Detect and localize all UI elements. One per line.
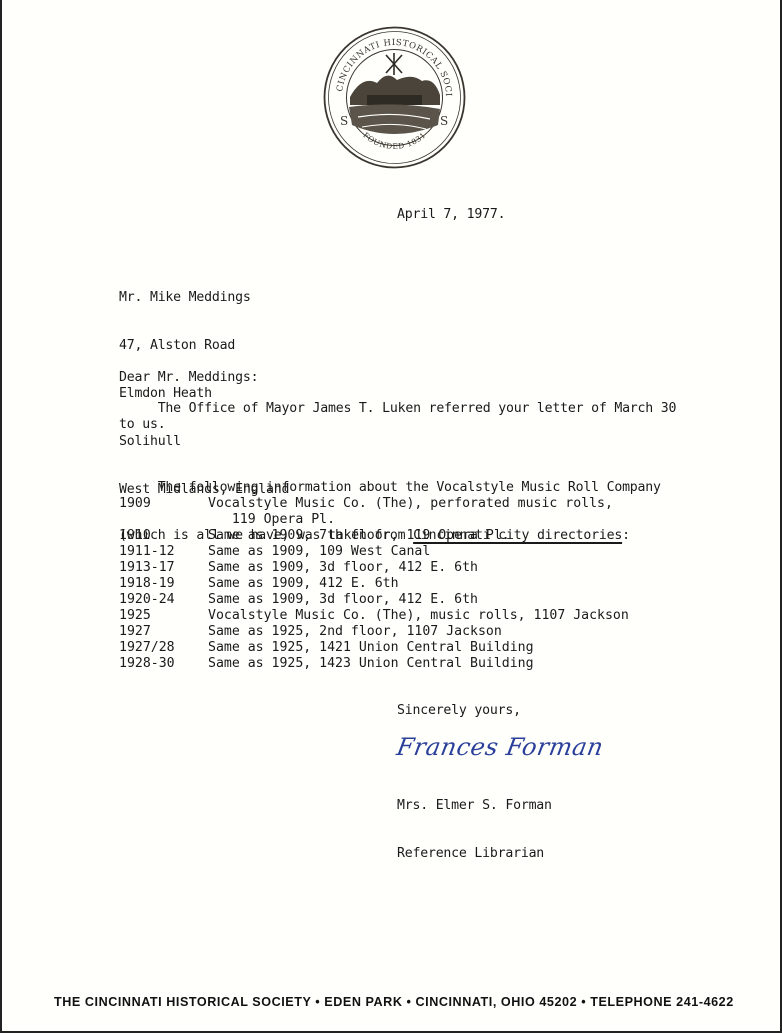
table-row: 1928-30Same as 1925, 1423 Union Central … [119, 656, 629, 672]
body-paragraph-1: The Office of Mayor James T. Luken refer… [119, 401, 676, 433]
row-entry: Same as 1925, 1421 Union Central Buildin… [208, 640, 534, 656]
row-entry: Vocalstyle Music Co. (The), perforated m… [208, 496, 613, 512]
table-row: 1910Same as 1909, 7th floor, 119 Opera P… [119, 528, 629, 544]
table-row: 1927/28Same as 1925, 1421 Union Central … [119, 640, 629, 656]
letter-page: THE CINCINNATI HISTORICAL SOCIETY FOUNDE… [0, 0, 782, 1033]
table-row: 1913-17Same as 1909, 3d floor, 412 E. 6t… [119, 560, 629, 576]
letter-date: April 7, 1977. [397, 207, 505, 223]
table-row: 1925Vocalstyle Music Co. (The), music ro… [119, 608, 629, 624]
closing: Sincerely yours, [397, 703, 521, 719]
paragraph-line: The following information about the Voca… [119, 480, 661, 496]
row-year: 1920-24 [119, 592, 208, 608]
row-year: 1927 [119, 624, 208, 640]
signer-title: Reference Librarian [397, 846, 552, 862]
row-year: 1928-30 [119, 656, 208, 672]
table-row: 1920-24Same as 1909, 3d floor, 412 E. 6t… [119, 592, 629, 608]
row-year: 1911-12 [119, 544, 208, 560]
svg-text:S: S [340, 114, 348, 128]
row-year: 1909 [119, 496, 208, 512]
row-year: 1927/28 [119, 640, 208, 656]
row-entry: Same as 1909, 109 West Canal [208, 544, 430, 560]
letterhead-footer: THE CINCINNATI HISTORICAL SOCIETY • EDEN… [54, 995, 734, 1009]
svg-text:S: S [440, 114, 448, 128]
directory-table: 1909Vocalstyle Music Co. (The), perforat… [119, 496, 629, 672]
signer-name: Mrs. Elmer S. Forman [397, 798, 552, 814]
table-row: 119 Opera Pl. [119, 512, 629, 528]
table-row: 1911-12Same as 1909, 109 West Canal [119, 544, 629, 560]
row-year: 1918-19 [119, 576, 208, 592]
recipient-line: 47, Alston Road [119, 338, 289, 354]
signer-block: Mrs. Elmer S. Forman Reference Librarian [397, 766, 552, 894]
salutation: Dear Mr. Meddings: [119, 370, 258, 386]
row-year: 1925 [119, 608, 208, 624]
row-entry: Same as 1909, 7th floor, 119 Opera Pl. [208, 528, 510, 544]
table-row: 1927Same as 1925, 2nd floor, 1107 Jackso… [119, 624, 629, 640]
handwritten-signature: Frances Forman [395, 733, 606, 761]
row-year: 1913-17 [119, 560, 208, 576]
recipient-line: Elmdon Heath [119, 386, 289, 402]
row-entry: Vocalstyle Music Co. (The), music rolls,… [208, 608, 629, 624]
table-row: 1918-19Same as 1909, 412 E. 6th [119, 576, 629, 592]
row-year: 1910 [119, 528, 208, 544]
table-row: 1909Vocalstyle Music Co. (The), perforat… [119, 496, 629, 512]
row-entry: 119 Opera Pl. [208, 512, 335, 528]
row-entry: Same as 1925, 2nd floor, 1107 Jackson [208, 624, 502, 640]
recipient-line: Mr. Mike Meddings [119, 290, 289, 306]
society-seal-icon: THE CINCINNATI HISTORICAL SOCIETY FOUNDE… [322, 25, 467, 170]
row-entry: Same as 1925, 1423 Union Central Buildin… [208, 656, 534, 672]
row-entry: Same as 1909, 3d floor, 412 E. 6th [208, 592, 478, 608]
row-year [119, 512, 208, 528]
row-entry: Same as 1909, 3d floor, 412 E. 6th [208, 560, 478, 576]
row-entry: Same as 1909, 412 E. 6th [208, 576, 399, 592]
